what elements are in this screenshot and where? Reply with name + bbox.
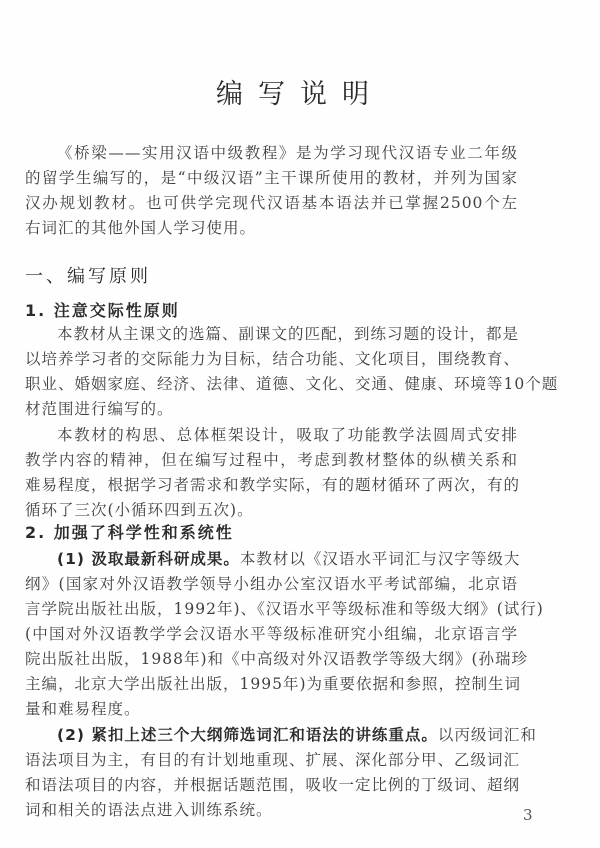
- body-line: 语法项目为主，有目的有计划地重现、扩展、深化部分甲、乙级词汇: [25, 749, 518, 771]
- item-lead: (1) 汲取最新科研成果。: [57, 550, 240, 568]
- body-line: 循环了三次(小循环四到五次)。: [25, 499, 518, 521]
- body-line: 本教材从主课文的选篇、副课文的匹配，到练习题的设计，都是: [57, 323, 518, 345]
- intro-line: 右词汇的其他外国人学习使用。: [25, 217, 518, 239]
- item-text: 本教材以《汉语水平词汇与汉字等级大: [240, 550, 521, 568]
- body-line: (中国对外汉语教学学会汉语水平等级标准研究小组编，北京语言学: [25, 623, 518, 645]
- section-heading: 一、编写原则: [25, 262, 151, 288]
- item-lead: (2) 紧扣上述三个大纲筛选词汇和语法的讲练重点。: [57, 726, 438, 744]
- body-line: 本教材的构思、总体框架设计，吸取了功能教学法圆周式安排: [57, 424, 518, 446]
- body-line: 职业、婚姻家庭、经济、法律、道德、文化、交通、健康、环境等10个题: [25, 373, 518, 395]
- body-line: 难易程度，根据学习者需求和教学实际，有的题材循环了两次，有的: [25, 474, 518, 496]
- body-line: 以培养学习者的交际能力为目标，结合功能、文化项目，围绕教育、: [25, 348, 518, 370]
- intro-line: 汉办规划教材。也可供学完现代汉语基本语法并已掌握2500个左: [25, 192, 518, 214]
- subsection-heading: 2. 加强了科学性和系统性: [25, 520, 234, 543]
- page-number: 3: [523, 806, 533, 824]
- body-line: 量和难易程度。: [25, 698, 518, 720]
- body-line: (2) 紧扣上述三个大纲筛选词汇和语法的讲练重点。以丙级词汇和: [57, 724, 518, 746]
- body-line: 词和相关的语法点进入训练系统。: [25, 799, 518, 821]
- body-line: 主编，北京大学出版社出版，1995年)为重要依据和参照，控制生词: [25, 673, 518, 695]
- body-line: 和语法项目的内容，并根据话题范围，吸收一定比例的丁级词、超纲: [25, 774, 518, 796]
- item-text: 以丙级词汇和: [438, 726, 537, 744]
- intro-line: 的留学生编写的，是“中级汉语”主干课所使用的教材，并列为国家: [25, 167, 518, 189]
- body-line: 材范围进行编写的。: [25, 398, 518, 420]
- book-page: 编写说明 《桥梁——实用汉语中级教程》是为学习现代汉语专业二年级 的留学生编写的…: [0, 0, 600, 848]
- body-line: 教学内容的精神，但在编写过程中，考虑到教材整体的纵横关系和: [25, 449, 518, 471]
- body-line: 纲》(国家对外汉语教学领导小组办公室汉语水平考试部编，北京语: [25, 573, 518, 595]
- body-line: 言学院出版社出版，1992年)、《汉语水平等级标准和等级大纲》(试行): [25, 598, 518, 620]
- subsection-heading: 1. 注意交际性原则: [25, 298, 180, 321]
- page-title: 编写说明: [0, 72, 600, 111]
- body-line: (1) 汲取最新科研成果。本教材以《汉语水平词汇与汉字等级大: [57, 548, 518, 570]
- body-line: 院出版社出版，1988年)和《中高级对外汉语教学等级大纲》(孙瑞珍: [25, 648, 518, 670]
- intro-line: 《桥梁——实用汉语中级教程》是为学习现代汉语专业二年级: [57, 142, 518, 164]
